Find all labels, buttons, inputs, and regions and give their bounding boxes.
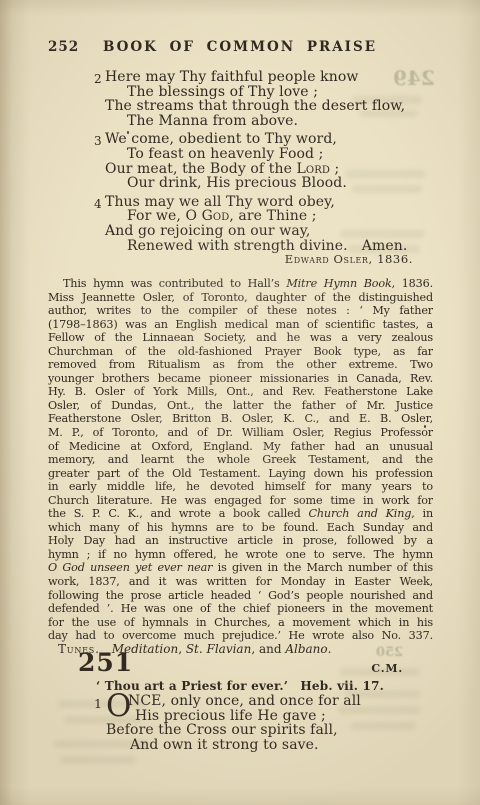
note-line: following the prose article headed ‘ God… — [48, 589, 433, 603]
note-line: Fellow of the Linnaean Society, and he w… — [48, 331, 433, 345]
note-line: for the use of hymnals in Churches, a mo… — [48, 616, 433, 630]
verse-line: For we, O God, are Thine ; — [105, 209, 480, 224]
note-line: work, 1837, and it was written for Monda… — [48, 575, 433, 589]
note-line: Miss Jeannette Osler, of Toronto, daught… — [48, 291, 433, 305]
hymn-251-verse-1: 1 O NCE, only once, and once for all His… — [105, 694, 480, 753]
note-line: Church literature. He was engaged for so… — [48, 494, 433, 508]
hymn-252-attribution: Edward Osler, 1836. — [285, 252, 413, 266]
book-title: BOOK OF COMMON PRAISE — [103, 39, 377, 55]
verse-number: 2 — [94, 72, 102, 87]
note-line: Churchman of the old-fashioned Prayer Bo… — [48, 345, 433, 359]
verse-line: The streams that through the desert flow… — [105, 99, 480, 114]
verse-line: Before the Cross our spirits fall, — [105, 723, 480, 738]
note-line: O God unseen yet ever near is given in t… — [48, 561, 433, 575]
hymn-251-number: 251 — [78, 650, 133, 675]
note-line: author, writes to the compiler of these … — [48, 304, 433, 318]
verse-number: 4 — [94, 197, 102, 212]
verse-2: 2Here may Thy faithful people knowThe bl… — [0, 70, 480, 129]
note-line: removed from Ritualism as from the other… — [48, 358, 433, 372]
note-line: (1798–1863) was an English medical man o… — [48, 318, 433, 332]
note-line: Hy. B. Osler of York Mills, Ont., and Re… — [48, 385, 433, 399]
verse-4: 4Thus may we all Thy word obey,For we, O… — [0, 195, 480, 254]
verse-3: 3We come, obedient to Thy word,To feast … — [0, 132, 480, 191]
note-line: greater part of the Old Testament. Layin… — [48, 467, 433, 481]
note-line: the S. P. C. K., and wrote a book called… — [48, 507, 433, 521]
note-line: which many of his hymns are to be found.… — [48, 521, 433, 535]
verse-line: We come, obedient to Thy word, — [105, 132, 480, 147]
verse-line: Our meat, the Body of the Lord ; — [105, 162, 480, 177]
verse-number: 1 — [94, 697, 102, 712]
drop-cap: O — [106, 695, 132, 718]
verse-line: Thus may we all Thy word obey, — [105, 195, 480, 210]
verse-number: 3 — [94, 134, 102, 149]
verse-line: The Manna from above. — [105, 114, 480, 129]
note-line: defended ’. He was one of the chief pion… — [48, 602, 433, 616]
bleedthrough-page-number-bottom: 250 — [376, 645, 403, 660]
note-line: in early middle life, he devoted himself… — [48, 480, 433, 494]
verse-line: And own it strong to save. — [105, 738, 480, 753]
note-line: hymn ; if no hymn offered, he wrote one … — [48, 548, 433, 562]
book-page: 249 250 252 BOOK OF COMMON PRAISE 2Here … — [0, 0, 480, 805]
bleedthrough-smudge — [60, 756, 136, 764]
hymn-252-verses: 2Here may Thy faithful people knowThe bl… — [0, 70, 480, 257]
note-line: This hymn was contributed to Hall’s Mitr… — [48, 277, 433, 291]
note-line: memory, and learnt the whole Greek Testa… — [48, 453, 433, 467]
note-line: Osler, of Dundas, Ont., the latter the f… — [48, 399, 433, 413]
verse-line: The blessings of Thy love ; — [105, 85, 480, 100]
hymn-251-scripture-reference: ‘ Thou art a Priest for ever.’ Heb. vii.… — [0, 679, 480, 693]
verse-line: And go rejoicing on our way, — [105, 224, 480, 239]
hymn-251-meter: C.M. — [371, 662, 403, 675]
note-line: M. P., of Toronto, and of Dr. William Os… — [48, 426, 433, 440]
verse-line: His precious life He gave ; — [105, 709, 480, 724]
note-line: of Medicine at Oxford, England. My fathe… — [48, 440, 433, 454]
running-head: 252 BOOK OF COMMON PRAISE — [48, 39, 432, 57]
hymn-252-note: This hymn was contributed to Hall’s Mitr… — [48, 277, 433, 643]
note-line: Holy Day had an instructive article in p… — [48, 534, 433, 548]
verse-line: NCE, only once, and once for all — [105, 694, 480, 709]
verse-line: To feast on heavenly Food ; — [105, 147, 480, 162]
page-number: 252 — [48, 39, 79, 55]
note-line: Featherstone Osler, Britton B. Osler, K.… — [48, 412, 433, 426]
note-line: younger brothers became pioneer missiona… — [48, 372, 433, 386]
note-line: day had to overcome much prejudice.’ He … — [48, 629, 433, 643]
verse-line: Here may Thy faithful people know — [105, 70, 480, 85]
verse-line: Our drink, His precious Blood. — [105, 176, 480, 191]
